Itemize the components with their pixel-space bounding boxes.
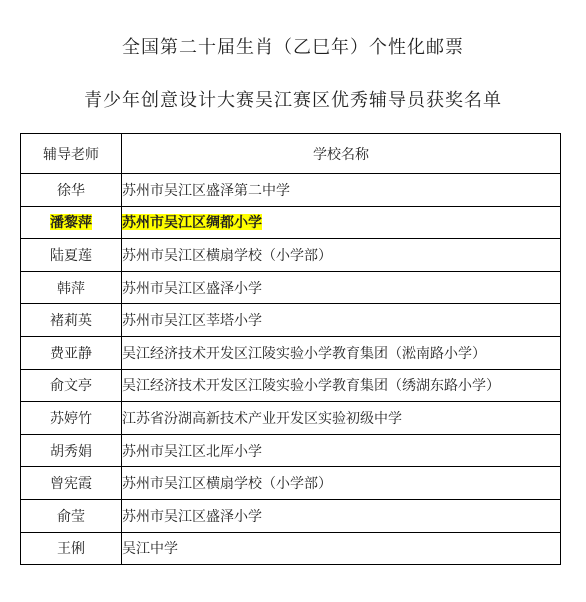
- school-cell: 苏州市吴江区盛泽第二中学: [122, 174, 561, 207]
- table-row: 韩萍 苏州市吴江区盛泽小学: [21, 271, 561, 304]
- teacher-name: 王俐: [57, 540, 85, 556]
- teacher-name: 苏婷竹: [50, 410, 92, 426]
- teacher-name: 褚莉英: [50, 312, 92, 328]
- school-cell: 吴江经济技术开发区江陵实验小学教育集团（淞南路小学）: [122, 336, 561, 369]
- teacher-cell: 胡秀娟: [21, 434, 122, 467]
- school-name: 江苏省汾湖高新技术产业开发区实验初级中学: [122, 410, 402, 426]
- header-teacher: 辅导老师: [21, 134, 122, 174]
- document-title-line1: 全国第二十届生肖（乙巳年）个性化邮票: [0, 0, 586, 58]
- school-name: 苏州市吴江区盛泽小学: [122, 508, 262, 524]
- school-cell: 苏州市吴江区绸都小学: [122, 206, 561, 239]
- school-name: 吴江经济技术开发区江陵实验小学教育集团（淞南路小学）: [122, 345, 486, 361]
- school-cell: 吴江经济技术开发区江陵实验小学教育集团（绣湖东路小学）: [122, 369, 561, 402]
- table-row: 俞莹 苏州市吴江区盛泽小学: [21, 499, 561, 532]
- school-cell: 苏州市吴江区北厍小学: [122, 434, 561, 467]
- table-row: 俞文亭 吴江经济技术开发区江陵实验小学教育集团（绣湖东路小学）: [21, 369, 561, 402]
- document-page: { "title": { "line1": "全国第二十届生肖（乙巳年）个性化邮…: [0, 0, 586, 602]
- school-name: 苏州市吴江区莘塔小学: [122, 312, 262, 328]
- teacher-cell: 苏婷竹: [21, 402, 122, 435]
- school-name: 苏州市吴江区横扇学校（小学部）: [122, 247, 332, 263]
- school-name: 苏州市吴江区盛泽第二中学: [122, 182, 290, 198]
- school-cell: 苏州市吴江区横扇学校（小学部）: [122, 467, 561, 500]
- school-cell: 苏州市吴江区盛泽小学: [122, 499, 561, 532]
- teacher-cell: 褚莉英: [21, 304, 122, 337]
- school-name: 吴江经济技术开发区江陵实验小学教育集团（绣湖东路小学）: [122, 377, 500, 393]
- teacher-name: 费亚静: [50, 345, 92, 361]
- table-row: 陆夏莲 苏州市吴江区横扇学校（小学部）: [21, 239, 561, 272]
- teacher-name: 徐华: [57, 182, 85, 198]
- school-cell: 苏州市吴江区莘塔小学: [122, 304, 561, 337]
- school-name: 苏州市吴江区北厍小学: [122, 443, 262, 459]
- document-title-line2: 青少年创意设计大赛吴江赛区优秀辅导员获奖名单: [0, 58, 586, 111]
- teacher-cell: 潘黎萍: [21, 206, 122, 239]
- teacher-cell: 曾宪霞: [21, 467, 122, 500]
- school-cell: 苏州市吴江区盛泽小学: [122, 271, 561, 304]
- table-row: 徐华 苏州市吴江区盛泽第二中学: [21, 174, 561, 207]
- teacher-cell: 王俐: [21, 532, 122, 565]
- teacher-name: 韩萍: [57, 280, 85, 296]
- school-name: 苏州市吴江区盛泽小学: [122, 280, 262, 296]
- teacher-cell: 俞文亭: [21, 369, 122, 402]
- table-row: 褚莉英 苏州市吴江区莘塔小学: [21, 304, 561, 337]
- table-row: 王俐 吴江中学: [21, 532, 561, 565]
- school-name: 苏州市吴江区横扇学校（小学部）: [122, 475, 332, 491]
- teacher-cell: 俞莹: [21, 499, 122, 532]
- teacher-name: 俞莹: [57, 508, 85, 524]
- awards-table: 辅导老师 学校名称 徐华 苏州市吴江区盛泽第二中学 潘黎萍 苏州市吴江区绸都小学…: [20, 133, 561, 565]
- table-row: 胡秀娟 苏州市吴江区北厍小学: [21, 434, 561, 467]
- teacher-name: 潘黎萍: [50, 214, 92, 230]
- table-row: 费亚静 吴江经济技术开发区江陵实验小学教育集团（淞南路小学）: [21, 336, 561, 369]
- table-body: 徐华 苏州市吴江区盛泽第二中学 潘黎萍 苏州市吴江区绸都小学 陆夏莲 苏州市吴江…: [21, 174, 561, 565]
- school-cell: 苏州市吴江区横扇学校（小学部）: [122, 239, 561, 272]
- teacher-cell: 陆夏莲: [21, 239, 122, 272]
- table-row: 苏婷竹 江苏省汾湖高新技术产业开发区实验初级中学: [21, 402, 561, 435]
- teacher-cell: 费亚静: [21, 336, 122, 369]
- table-header-row: 辅导老师 学校名称: [21, 134, 561, 174]
- teacher-cell: 韩萍: [21, 271, 122, 304]
- teacher-cell: 徐华: [21, 174, 122, 207]
- school-cell: 江苏省汾湖高新技术产业开发区实验初级中学: [122, 402, 561, 435]
- school-name: 苏州市吴江区绸都小学: [122, 214, 262, 230]
- table-row: 曾宪霞 苏州市吴江区横扇学校（小学部）: [21, 467, 561, 500]
- header-school: 学校名称: [122, 134, 561, 174]
- teacher-name: 俞文亭: [50, 377, 92, 393]
- teacher-name: 陆夏莲: [50, 247, 92, 263]
- school-name: 吴江中学: [122, 540, 178, 556]
- teacher-name: 曾宪霞: [50, 475, 92, 491]
- school-cell: 吴江中学: [122, 532, 561, 565]
- teacher-name: 胡秀娟: [50, 443, 92, 459]
- table-row: 潘黎萍 苏州市吴江区绸都小学: [21, 206, 561, 239]
